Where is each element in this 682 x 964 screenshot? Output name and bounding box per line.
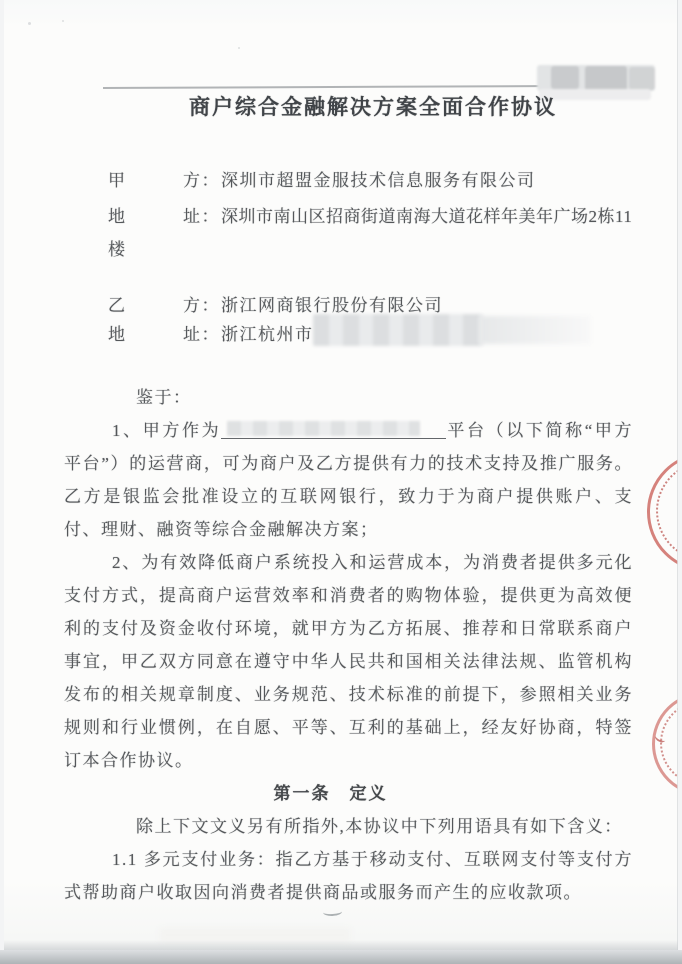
article-1-heading: 第一条 定义 bbox=[64, 777, 633, 810]
article-1-intro: 除上下文文义另有所指外,本协议中下列用语具有如下含义： bbox=[64, 810, 633, 843]
article-1-item-1: 1.1 多元支付业务：指乙方基于移动支付、互联网支付等支付方式帮助商户收取因向消… bbox=[64, 843, 633, 909]
redaction-block bbox=[629, 67, 655, 90]
scanned-contract: 商户综合金融解决方案全面合作协议 甲 方： 深圳市超盟金服技术信息服务有限公司 … bbox=[0, 0, 682, 964]
address-label: 地 bbox=[108, 322, 127, 348]
party-a-name: 深圳市超盟金服技术信息服务有限公司 bbox=[221, 168, 536, 194]
party-a-address-overflow: 楼 bbox=[0, 237, 678, 263]
party-a-address: 深圳市南山区招商街道南海大道花样年美年广场2栋11 bbox=[221, 204, 632, 230]
redaction-platform-name bbox=[221, 420, 446, 439]
party-a-address-row: 地 址： 深圳市南山区招商街道南海大道花样年美年广场2栋11 bbox=[0, 204, 678, 230]
address-label: 址： bbox=[183, 204, 220, 230]
party-label: 方： bbox=[183, 293, 220, 319]
redaction-block bbox=[551, 66, 579, 89]
redaction-party-b-address-faint bbox=[479, 316, 591, 344]
recital-1: 1、甲方作为平台（以下简称“甲方平台”）的运营商，可为商户及乙方提供有力的技术支… bbox=[64, 414, 633, 546]
address-overflow-char: 楼 bbox=[108, 237, 127, 263]
party-label: 乙 bbox=[108, 293, 127, 319]
recital-1-prefix: 1、甲方作为 bbox=[112, 421, 221, 440]
party-b-address: 浙江杭州市 bbox=[221, 322, 314, 348]
body-text: 鉴于： 1、甲方作为平台（以下简称“甲方平台”）的运营商，可为商户及乙方提供有力… bbox=[64, 381, 633, 909]
address-label: 址： bbox=[183, 322, 220, 348]
page-right-edge bbox=[677, 0, 678, 950]
whereas-line: 鉴于： bbox=[64, 381, 633, 414]
scan-speck bbox=[28, 22, 31, 25]
party-label: 方： bbox=[183, 168, 220, 194]
party-label: 甲 bbox=[108, 168, 127, 194]
recital-2: 2、为有效降低商户系统投入和运营成本，为消费者提供多元化支付方式，提高商户运营效… bbox=[64, 546, 633, 777]
page-bottom-shadow bbox=[4, 940, 678, 950]
redaction-fill bbox=[227, 421, 420, 436]
address-label: 地 bbox=[108, 204, 127, 230]
official-seal-partial-top bbox=[645, 448, 678, 570]
official-seal-partial-bottom bbox=[650, 690, 678, 794]
redaction-party-b-address bbox=[313, 314, 483, 346]
scan-speck bbox=[238, 47, 240, 49]
scan-speck bbox=[62, 20, 64, 22]
scanner-bottom-edge bbox=[0, 950, 682, 964]
party-a-row: 甲 方： 深圳市超盟金服技术信息服务有限公司 bbox=[0, 168, 678, 194]
document-title: 商户综合金融解决方案全面合作协议 bbox=[64, 92, 656, 122]
redaction-block bbox=[585, 66, 627, 91]
